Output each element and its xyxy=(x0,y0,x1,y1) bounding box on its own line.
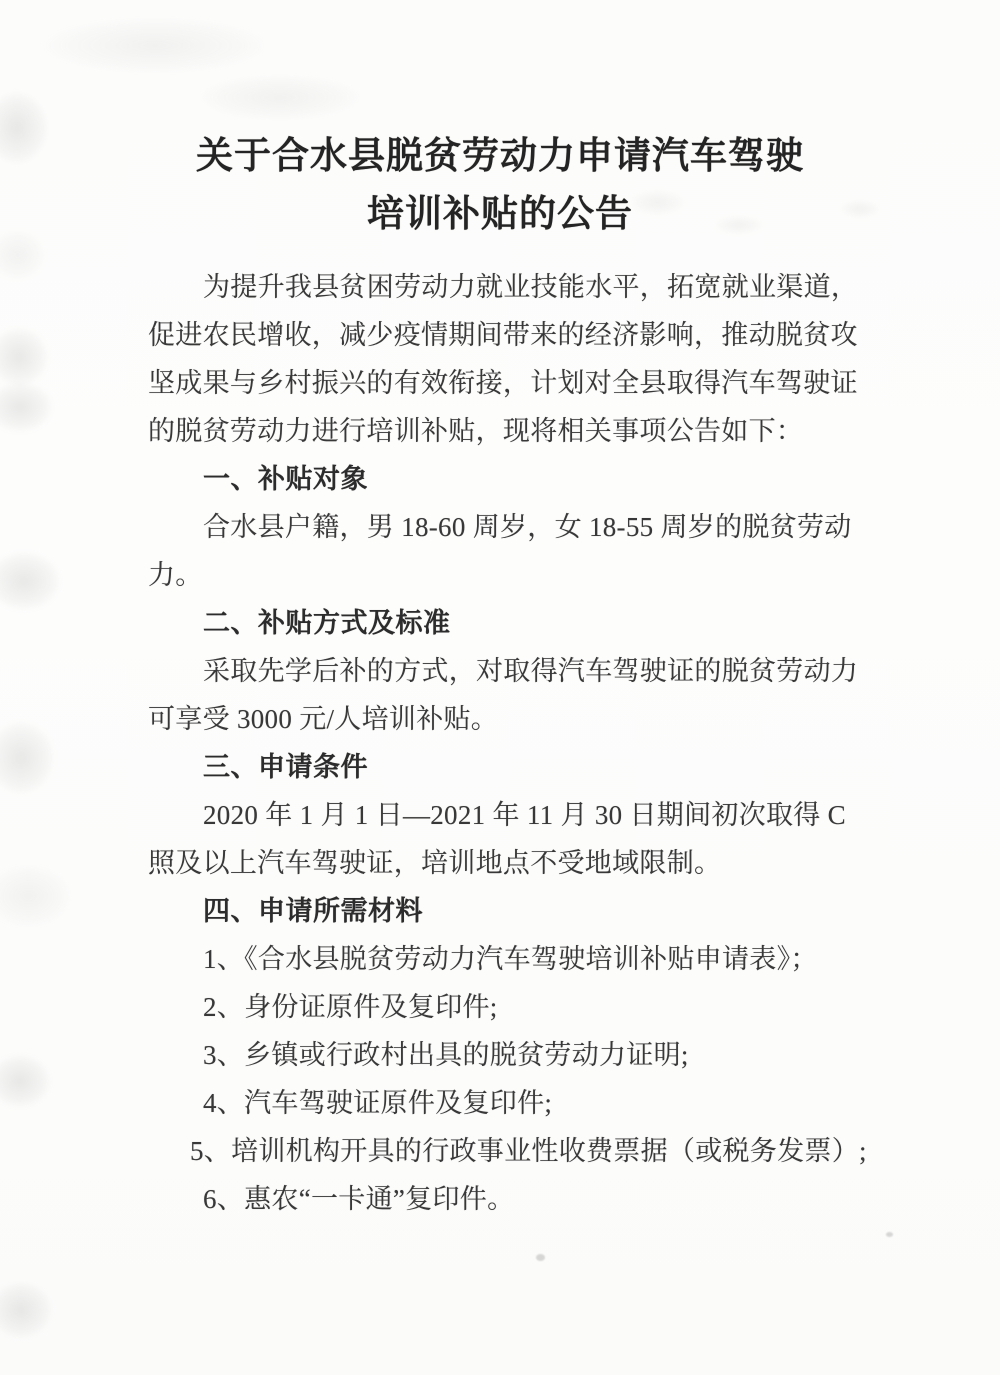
scanned-document-page: 关于合水县脱贫劳动力申请汽车驾驶 培训补贴的公告 为提升我县贫困劳动力就业技能水… xyxy=(0,0,1000,1375)
scan-smudge xyxy=(0,865,71,927)
section-line: 合水县户籍，男 18-60 周岁，女 18-55 周岁的脱贫劳动 xyxy=(148,503,852,551)
scan-smudge xyxy=(0,1055,50,1107)
scan-speckle xyxy=(536,1254,545,1261)
section-line: 可享受 3000 元/人培训补贴。 xyxy=(148,695,852,743)
scan-smudge xyxy=(0,552,60,610)
intro-line: 促进农民增收，减少疫情期间带来的经济影响，推动脱贫攻 xyxy=(148,311,852,359)
section-line: 2020 年 1 月 1 日—2021 年 11 月 30 日期间初次取得 C xyxy=(148,791,852,839)
section-heading-subsidy-targets: 一、补贴对象 xyxy=(148,455,852,503)
scan-smudge xyxy=(200,75,360,120)
scan-speckle xyxy=(886,1232,893,1237)
intro-line: 坚成果与乡村振兴的有效衔接，计划对全县取得汽车驾驶证 xyxy=(148,359,852,407)
scan-smudge xyxy=(0,230,45,280)
scan-smudge xyxy=(0,92,48,164)
scan-smudge xyxy=(0,328,48,386)
list-item: 4、汽车驾驶证原件及复印件; xyxy=(148,1079,852,1127)
list-item: 5、培训机构开具的行政事业性收费票据（或税务发票）; xyxy=(148,1127,852,1175)
section-line: 采取先学后补的方式，对取得汽车驾驶证的脱贫劳动力 xyxy=(148,647,852,695)
section-line: 照及以上汽车驾驶证，培训地点不受地域限制。 xyxy=(148,839,852,887)
scan-smudge xyxy=(0,722,54,794)
list-item: 6、惠农“一卡通”复印件。 xyxy=(148,1175,852,1223)
document-title-line1: 关于合水县脱贫劳动力申请汽车驾驶 xyxy=(148,128,852,186)
list-item: 3、乡镇或行政村出具的脱贫劳动力证明; xyxy=(148,1031,852,1079)
scan-smudge xyxy=(45,18,265,73)
document-content: 关于合水县脱贫劳动力申请汽车驾驶 培训补贴的公告 为提升我县贫困劳动力就业技能水… xyxy=(148,128,852,1223)
document-title-line2: 培训补贴的公告 xyxy=(148,186,852,244)
section-heading-application-conditions: 三、申请条件 xyxy=(148,743,852,791)
section-heading-subsidy-method: 二、补贴方式及标准 xyxy=(148,599,852,647)
scan-smudge xyxy=(0,1282,52,1338)
scan-smudge xyxy=(0,382,52,432)
intro-line: 的脱贫劳动力进行培训补贴，现将相关事项公告如下： xyxy=(148,407,852,455)
section-heading-required-materials: 四、申请所需材料 xyxy=(148,887,852,935)
intro-line: 为提升我县贫困劳动力就业技能水平，拓宽就业渠道， xyxy=(148,263,852,311)
list-item: 2、身份证原件及复印件; xyxy=(148,983,852,1031)
document-title: 关于合水县脱贫劳动力申请汽车驾驶 培训补贴的公告 xyxy=(148,128,852,244)
section-line: 力。 xyxy=(148,551,852,599)
list-item: 1、《合水县脱贫劳动力汽车驾驶培训补贴申请表》； xyxy=(148,935,852,983)
